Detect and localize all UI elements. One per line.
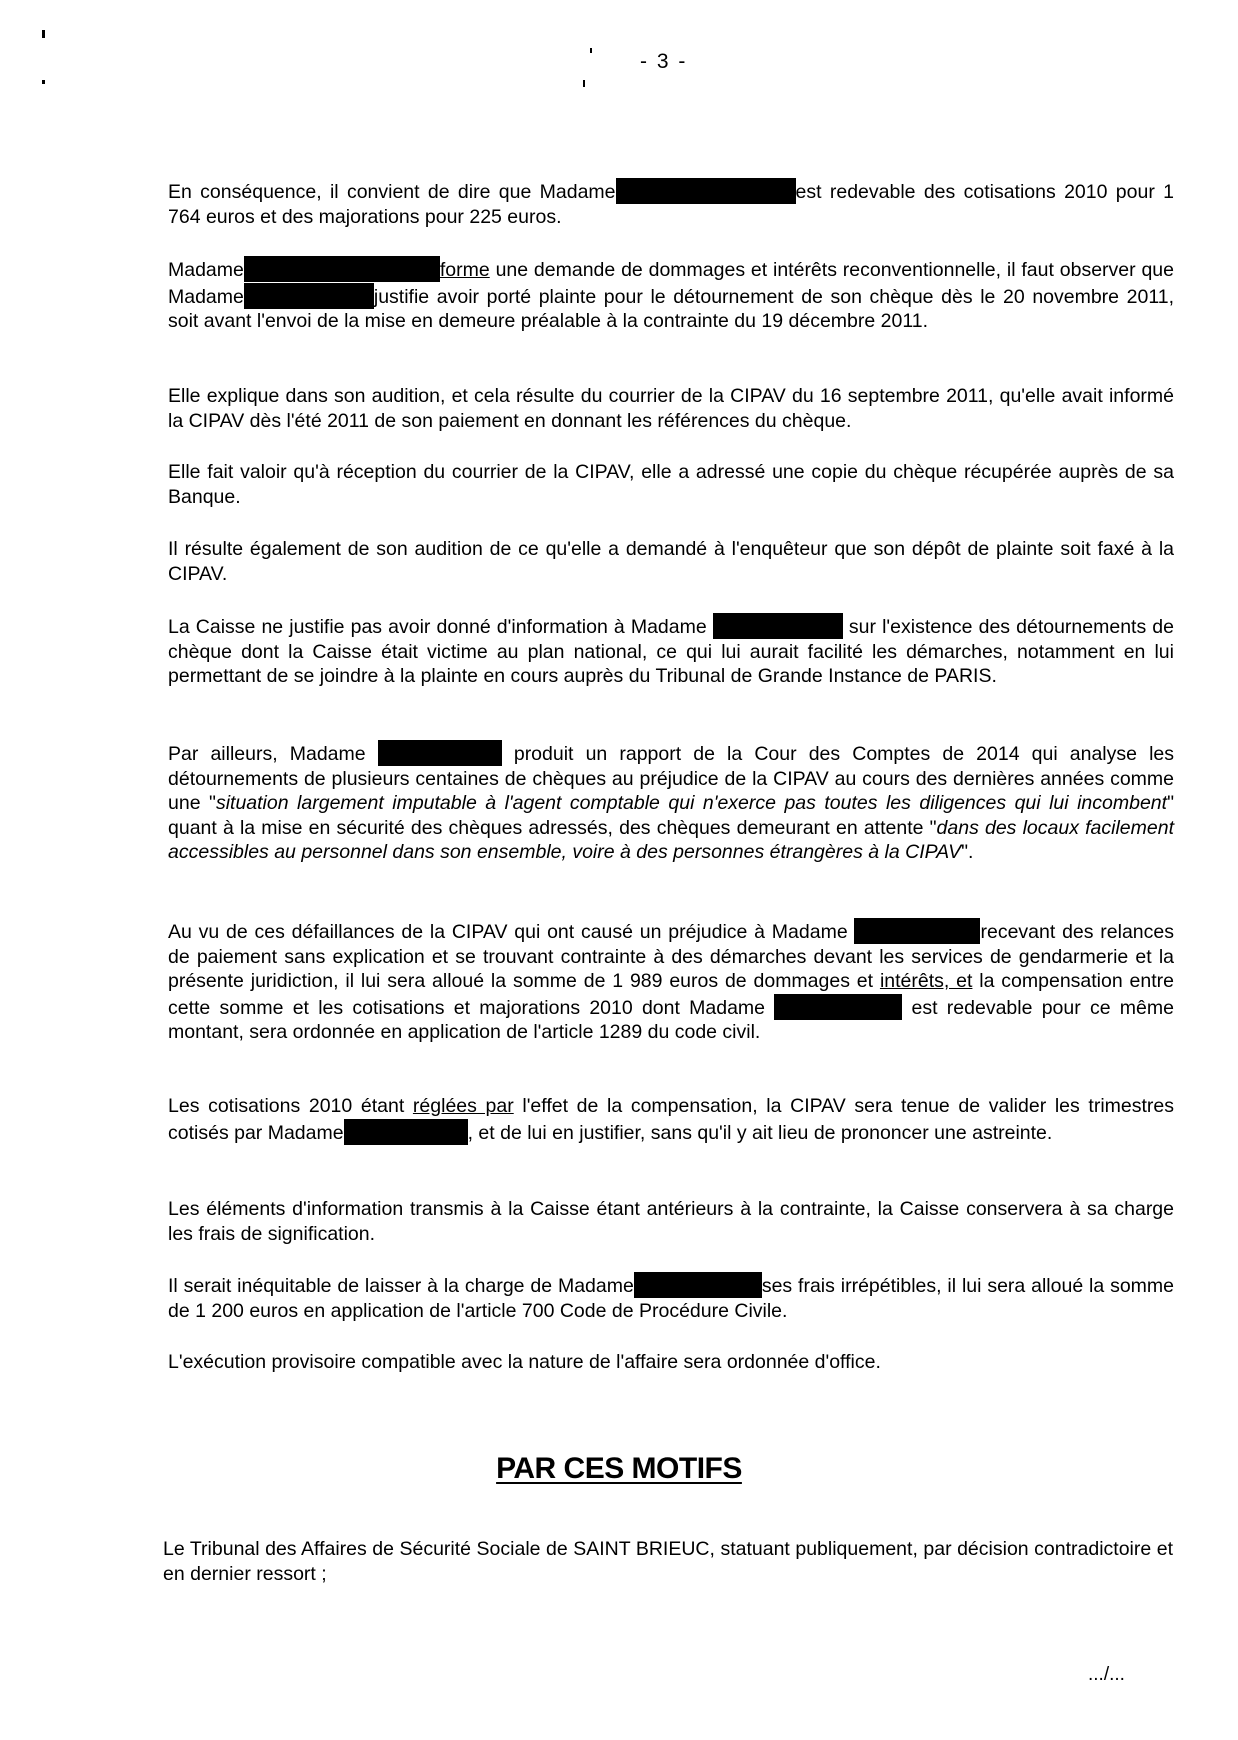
paragraph: En conséquence, il convient de dire que … (168, 178, 1174, 229)
paragraph: La Caisse ne justifie pas avoir donné d'… (168, 613, 1174, 689)
redacted-name (774, 994, 902, 1020)
paragraph: Au vu de ces défaillances de la CIPAV qu… (168, 918, 1174, 1045)
paragraph: Elle explique dans son audition, et cela… (168, 384, 1174, 433)
scan-artifact (583, 80, 585, 87)
document-page: - 3 - En conséquence, il convient de dir… (0, 0, 1238, 1740)
continuation-mark: .../... (1088, 1664, 1125, 1686)
scan-artifact (42, 80, 45, 84)
paragraph: Par ailleurs, Madame produit un rapport … (168, 740, 1174, 865)
paragraph: Madameforme une demande de dommages et i… (168, 256, 1174, 334)
page-number: - 3 - (640, 50, 687, 74)
closing-paragraph: Le Tribunal des Affaires de Sécurité Soc… (163, 1537, 1173, 1586)
paragraph: L'exécution provisoire compatible avec l… (168, 1350, 1174, 1375)
redacted-name (378, 740, 502, 766)
redacted-name (244, 283, 374, 309)
redacted-name (244, 256, 440, 282)
scan-artifact (590, 48, 592, 53)
paragraph: Les cotisations 2010 étant réglées par l… (168, 1094, 1174, 1145)
quotation-italic: situation largement imputable à l'agent … (216, 792, 1167, 814)
scan-artifact (42, 30, 45, 38)
redacted-name (713, 613, 843, 639)
redacted-name (616, 178, 796, 204)
paragraph: Elle fait valoir qu'à réception du courr… (168, 460, 1174, 509)
paragraph: Il serait inéquitable de laisser à la ch… (168, 1272, 1174, 1323)
redacted-name (854, 918, 980, 944)
section-heading: PAR CES MOTIFS (0, 1452, 1238, 1486)
redacted-name (344, 1119, 468, 1145)
redacted-name (634, 1272, 762, 1298)
paragraph: Les éléments d'information transmis à la… (168, 1197, 1174, 1246)
paragraph: Il résulte également de son audition de … (168, 537, 1174, 586)
